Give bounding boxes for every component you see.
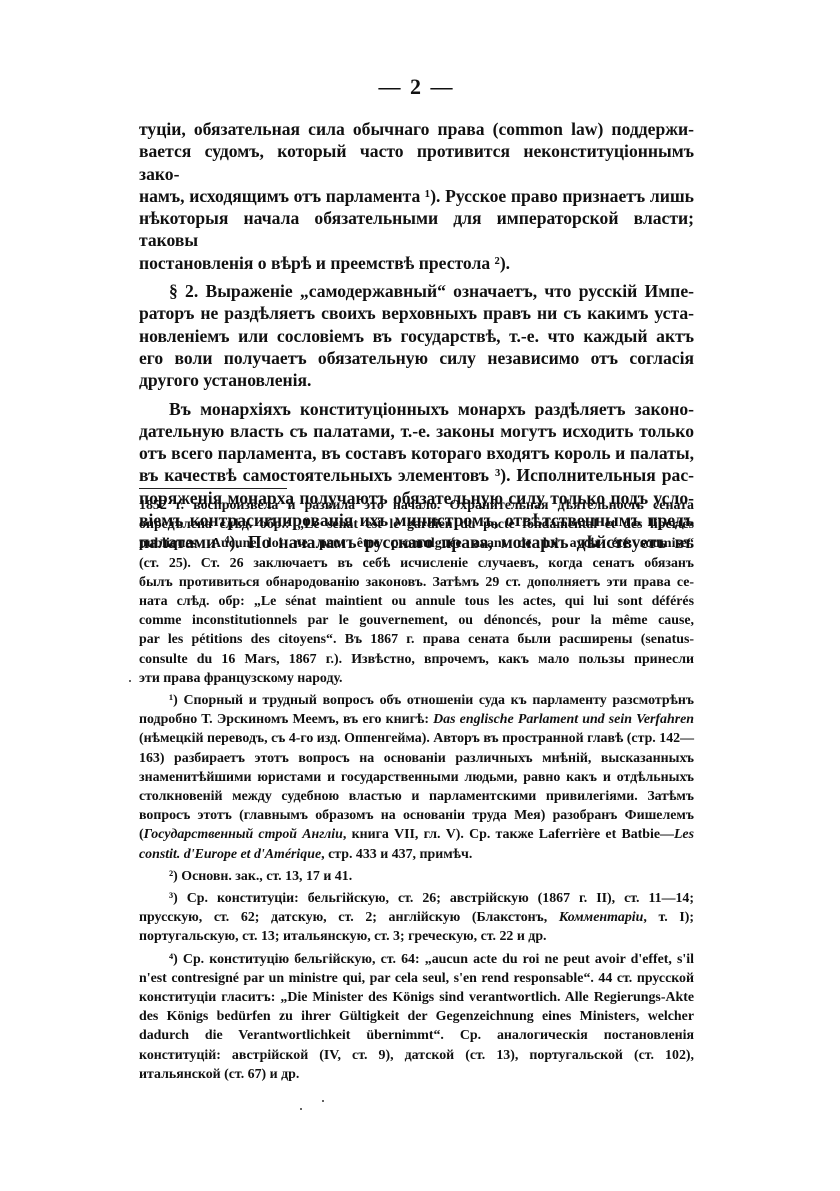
footnote-text: Ср. конституцію бельгійскую, ст. 64: „au…: [139, 952, 694, 1082]
text-line: отъ всего парламента, въ составъ котораг…: [139, 442, 694, 464]
scan-speck: [300, 1108, 302, 1110]
paragraph-1: туціи, обязательная сила обычнаго права …: [139, 118, 694, 274]
scan-speck: [129, 680, 131, 682]
text-line: вается судомъ, который часто противится …: [139, 140, 694, 185]
book-title: Das englische Parlament und sein Verfahr…: [433, 712, 694, 727]
footnote-separator: [139, 488, 287, 489]
text-line: эти права французскому народу.: [139, 669, 694, 688]
text-line: 1852 г. воспроизвела и развила это начал…: [139, 496, 694, 515]
text-line: его воли получаетъ обязательную силу нез…: [139, 347, 694, 369]
footnote-marker: ¹): [169, 693, 178, 708]
footnote-2: ²) Основн. зак., ст. 13, 17 и 41.: [139, 867, 694, 886]
text-line: опредѣлена слѣд. обр.: „Le sénat est le …: [139, 515, 694, 534]
footnote-4: ⁴) Ср. конституцію бельгійскую, ст. 64: …: [139, 950, 694, 1084]
text-line: ната слѣд. обр: „Le sénat maintient ou a…: [139, 592, 694, 611]
text-line: par les pétitions des citoyens“. Въ 1867…: [139, 630, 694, 649]
text-line: publiques. Aucune loi ne peut être promu…: [139, 534, 694, 553]
text-line: (ст. 25). Ст. 26 заключаетъ въ себѣ исчи…: [139, 554, 694, 573]
footnote-text: (нѣмецкій переводъ, съ 4-го изд. Оппенге…: [139, 731, 694, 842]
footnotes: 1852 г. воспроизвела и развила это начал…: [139, 496, 694, 1084]
text-line: consulte du 16 Mars, 1867 г.). Извѣстно,…: [139, 650, 694, 669]
text-line: раторъ не раздѣляетъ своихъ верховныхъ п…: [139, 302, 694, 324]
text-line: туціи, обязательная сила обычнаго права …: [139, 118, 694, 140]
text-line: дательную власть съ палатами, т.-е. зако…: [139, 420, 694, 442]
footnote-marker: ⁴): [169, 952, 178, 967]
footnote-text: , книга VII, гл. V). Ср. также Laferrièr…: [343, 827, 674, 842]
text-line: § 2. Выраженіе „самодержавный“ означаетъ…: [139, 280, 694, 302]
text-line: Въ монархіяхъ конституціонныхъ монархъ р…: [139, 398, 694, 420]
text-line: нѣкоторыя начала обязательными для импер…: [139, 207, 694, 252]
footnote-1: ¹) Спорный и трудный вопросъ объ отношен…: [139, 691, 694, 864]
book-title: Комментаріи: [559, 910, 644, 925]
text-line: въ качествѣ самостоятельныхъ элементовъ …: [139, 464, 694, 486]
text-line: былъ противиться обнародованію законовъ.…: [139, 573, 694, 592]
book-title: Государственный строй Англіи: [144, 827, 343, 842]
footnote-text: Основн. зак., ст. 13, 17 и 41.: [178, 869, 352, 884]
text-line: другого установленія.: [139, 369, 694, 391]
paragraph-2-section-2: § 2. Выраженіе „самодержавный“ означаетъ…: [139, 280, 694, 391]
footnote-3: ³) Ср. конституціи: бельгійскую, ст. 26;…: [139, 889, 694, 947]
text-line: новленіемъ или сословіемъ въ государствѣ…: [139, 325, 694, 347]
text-line: comme inconstitutionnels par le gouverne…: [139, 611, 694, 630]
footnote-continuation: 1852 г. воспроизвела и развила это начал…: [139, 496, 694, 688]
footnote-marker: ³): [169, 891, 178, 906]
text-line: постановленія о вѣрѣ и преемствѣ престол…: [139, 252, 694, 274]
text-line: намъ, исходящимъ отъ парламента ¹). Русс…: [139, 185, 694, 207]
scan-speck: [322, 1100, 324, 1102]
page-number: — 2 —: [139, 72, 694, 102]
footnote-text: , стр. 433 и 437, примѣч.: [321, 847, 472, 862]
footnote-marker: ²): [169, 869, 178, 884]
